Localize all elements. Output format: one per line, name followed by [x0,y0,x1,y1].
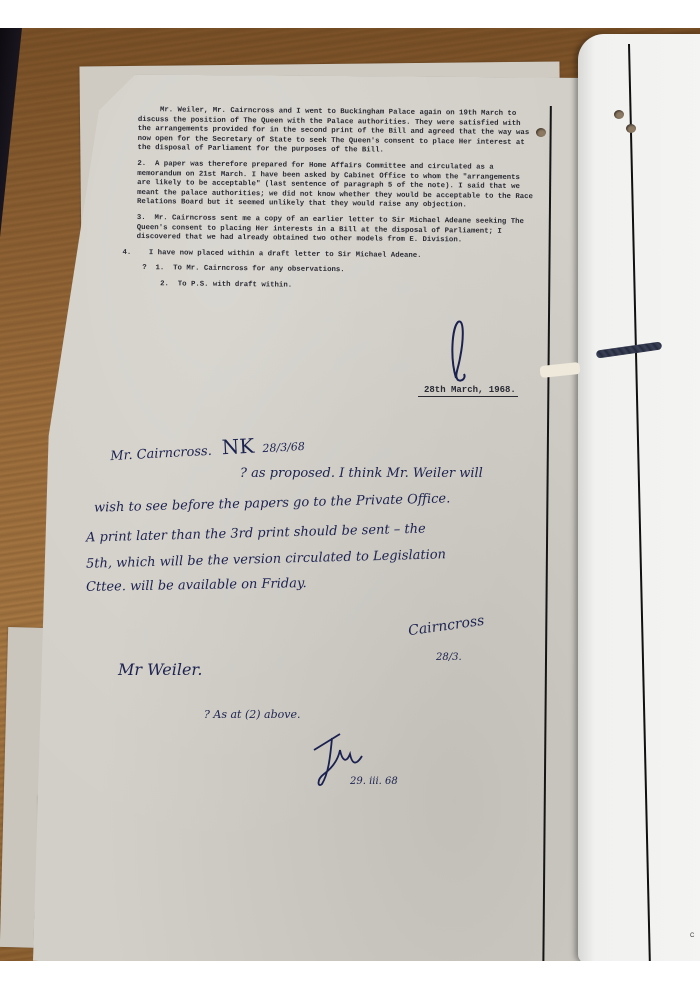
handwritten-note-line: ? as proposed. I think Mr. Weiler will [240,466,483,481]
paragraph-1: Mr. Weiler, Mr. Cairncross and I went to… [137,106,537,158]
paragraph-3: 3. Mr. Cairncross sent me a copy of an e… [137,214,537,247]
action-1: ? 1. To Mr. Cairncross for any observati… [142,264,536,278]
author-signature [446,318,466,384]
typed-memo: Mr. Weiler, Mr. Cairncross and I went to… [136,106,538,294]
punch-hole [626,124,636,133]
handwritten-signature-3-date: 29. iii. 68 [350,776,398,787]
handwritten-reply: ? As at (2) above. [204,708,300,721]
punch-hole [614,110,624,119]
signature-scrawl-icon [446,318,470,386]
handwritten-addressee-2: Mr Weiler. [118,660,202,679]
background-shadow [0,28,22,288]
paragraph-4: 4. I have now placed within a draft lett… [122,249,536,263]
paragraph-2: 2. A paper was therefore prepared for Ho… [137,160,537,212]
handwritten-signature-2-date: 28/3. [436,652,462,663]
memo-date: 28th March, 1968. [418,385,518,397]
facing-page-edge-text: C [690,933,694,939]
